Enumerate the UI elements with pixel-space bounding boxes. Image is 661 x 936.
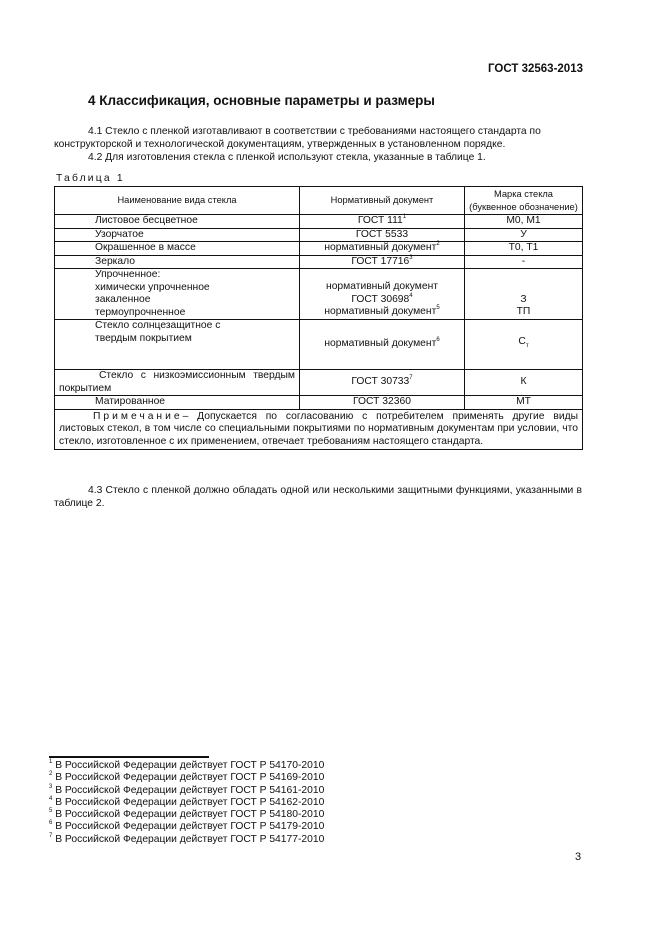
footnote: 3 В Российской Федерации действует ГОСТ … (49, 785, 324, 797)
cell-normative-doc: ГОСТ 32360 (300, 396, 465, 410)
paragraph-4-1: 4.1 Стекло с пленкой изготавливают в соо… (54, 125, 582, 151)
footnote: 6 В Российской Федерации действует ГОСТ … (49, 821, 324, 833)
header-normative-doc: Нормативный документ (300, 187, 465, 215)
table-row: Стекло с низкоэмиссионным твердым покрыт… (55, 370, 583, 396)
cell-normative-doc: ГОСТ 1111 (300, 215, 465, 229)
footnote: 4 В Российской Федерации действует ГОСТ … (49, 797, 324, 809)
footnote: 5 В Российской Федерации действует ГОСТ … (49, 809, 324, 821)
cell-glass-mark: Ст (465, 320, 583, 370)
page-number: 3 (575, 851, 581, 863)
footnote: 7 В Российской Федерации действует ГОСТ … (49, 834, 324, 846)
cell-glass-mark: МТ (465, 396, 583, 410)
table-row: Листовое бесцветноеГОСТ 1111М0, М1 (55, 215, 583, 229)
table-note-row: Примечание– Допускается по согласованию … (55, 409, 583, 450)
table-header-row: Наименование вида стекла Нормативный док… (55, 187, 583, 215)
cell-normative-doc: ГОСТ 307337 (300, 370, 465, 396)
document-code: ГОСТ 32563-2013 (488, 63, 583, 75)
section-title: 4 Классификация, основные параметры и ра… (88, 93, 435, 108)
table-caption: Таблица 1 (56, 173, 125, 184)
cell-normative-doc: нормативный документГОСТ 306984нормативн… (300, 269, 465, 320)
table-row: Упрочненное:химически упрочненноезакален… (55, 269, 583, 320)
paragraph-4-2: 4.2 Для изготовления стекла с пленкой ис… (54, 151, 582, 164)
table-row: УзорчатоеГОСТ 5533У (55, 228, 583, 242)
cell-glass-type: Стекло солнцезащитное ствердым покрытием (55, 320, 300, 370)
table-1: Наименование вида стекла Нормативный док… (54, 186, 583, 450)
cell-glass-type: Зеркало (55, 255, 300, 269)
table-row: ЗеркалоГОСТ 177163- (55, 255, 583, 269)
cell-glass-type: Листовое бесцветное (55, 215, 300, 229)
cell-normative-doc: нормативный документ2 (300, 242, 465, 256)
cell-glass-mark: М0, М1 (465, 215, 583, 229)
footnote-separator (49, 756, 209, 758)
paragraph-4-3: 4.3 Стекло с пленкой должно обладать одн… (54, 484, 582, 510)
note-label: Примечание (59, 411, 183, 422)
cell-glass-type: Стекло с низкоэмиссионным твердым покрыт… (55, 370, 300, 396)
table-row: Стекло солнцезащитное ствердым покрытием… (55, 320, 583, 370)
cell-normative-doc: нормативный документ6 (300, 320, 465, 370)
cell-normative-doc: ГОСТ 177163 (300, 255, 465, 269)
cell-glass-mark: ЗТП (465, 269, 583, 320)
table-note: Примечание– Допускается по согласованию … (55, 409, 583, 450)
header-glass-mark: Марка стекла (буквенное обозначение) (465, 187, 583, 215)
cell-glass-type: Матированное (55, 396, 300, 410)
header-glass-type: Наименование вида стекла (55, 187, 300, 215)
table-row: Окрашенное в массенормативный документ2Т… (55, 242, 583, 256)
table-row: МатированноеГОСТ 32360МТ (55, 396, 583, 410)
footnote: 2 В Российской Федерации действует ГОСТ … (49, 772, 324, 784)
cell-glass-mark: К (465, 370, 583, 396)
footnotes: 1 В Российской Федерации действует ГОСТ … (49, 760, 324, 846)
cell-glass-type: Узорчатое (55, 228, 300, 242)
cell-glass-mark: - (465, 255, 583, 269)
footnote: 1 В Российской Федерации действует ГОСТ … (49, 760, 324, 772)
cell-glass-mark: У (465, 228, 583, 242)
section-intro: 4.1 Стекло с пленкой изготавливают в соо… (54, 125, 582, 164)
cell-glass-mark: Т0, Т1 (465, 242, 583, 256)
cell-normative-doc: ГОСТ 5533 (300, 228, 465, 242)
cell-glass-type: Упрочненное:химически упрочненноезакален… (55, 269, 300, 320)
cell-glass-type: Окрашенное в массе (55, 242, 300, 256)
